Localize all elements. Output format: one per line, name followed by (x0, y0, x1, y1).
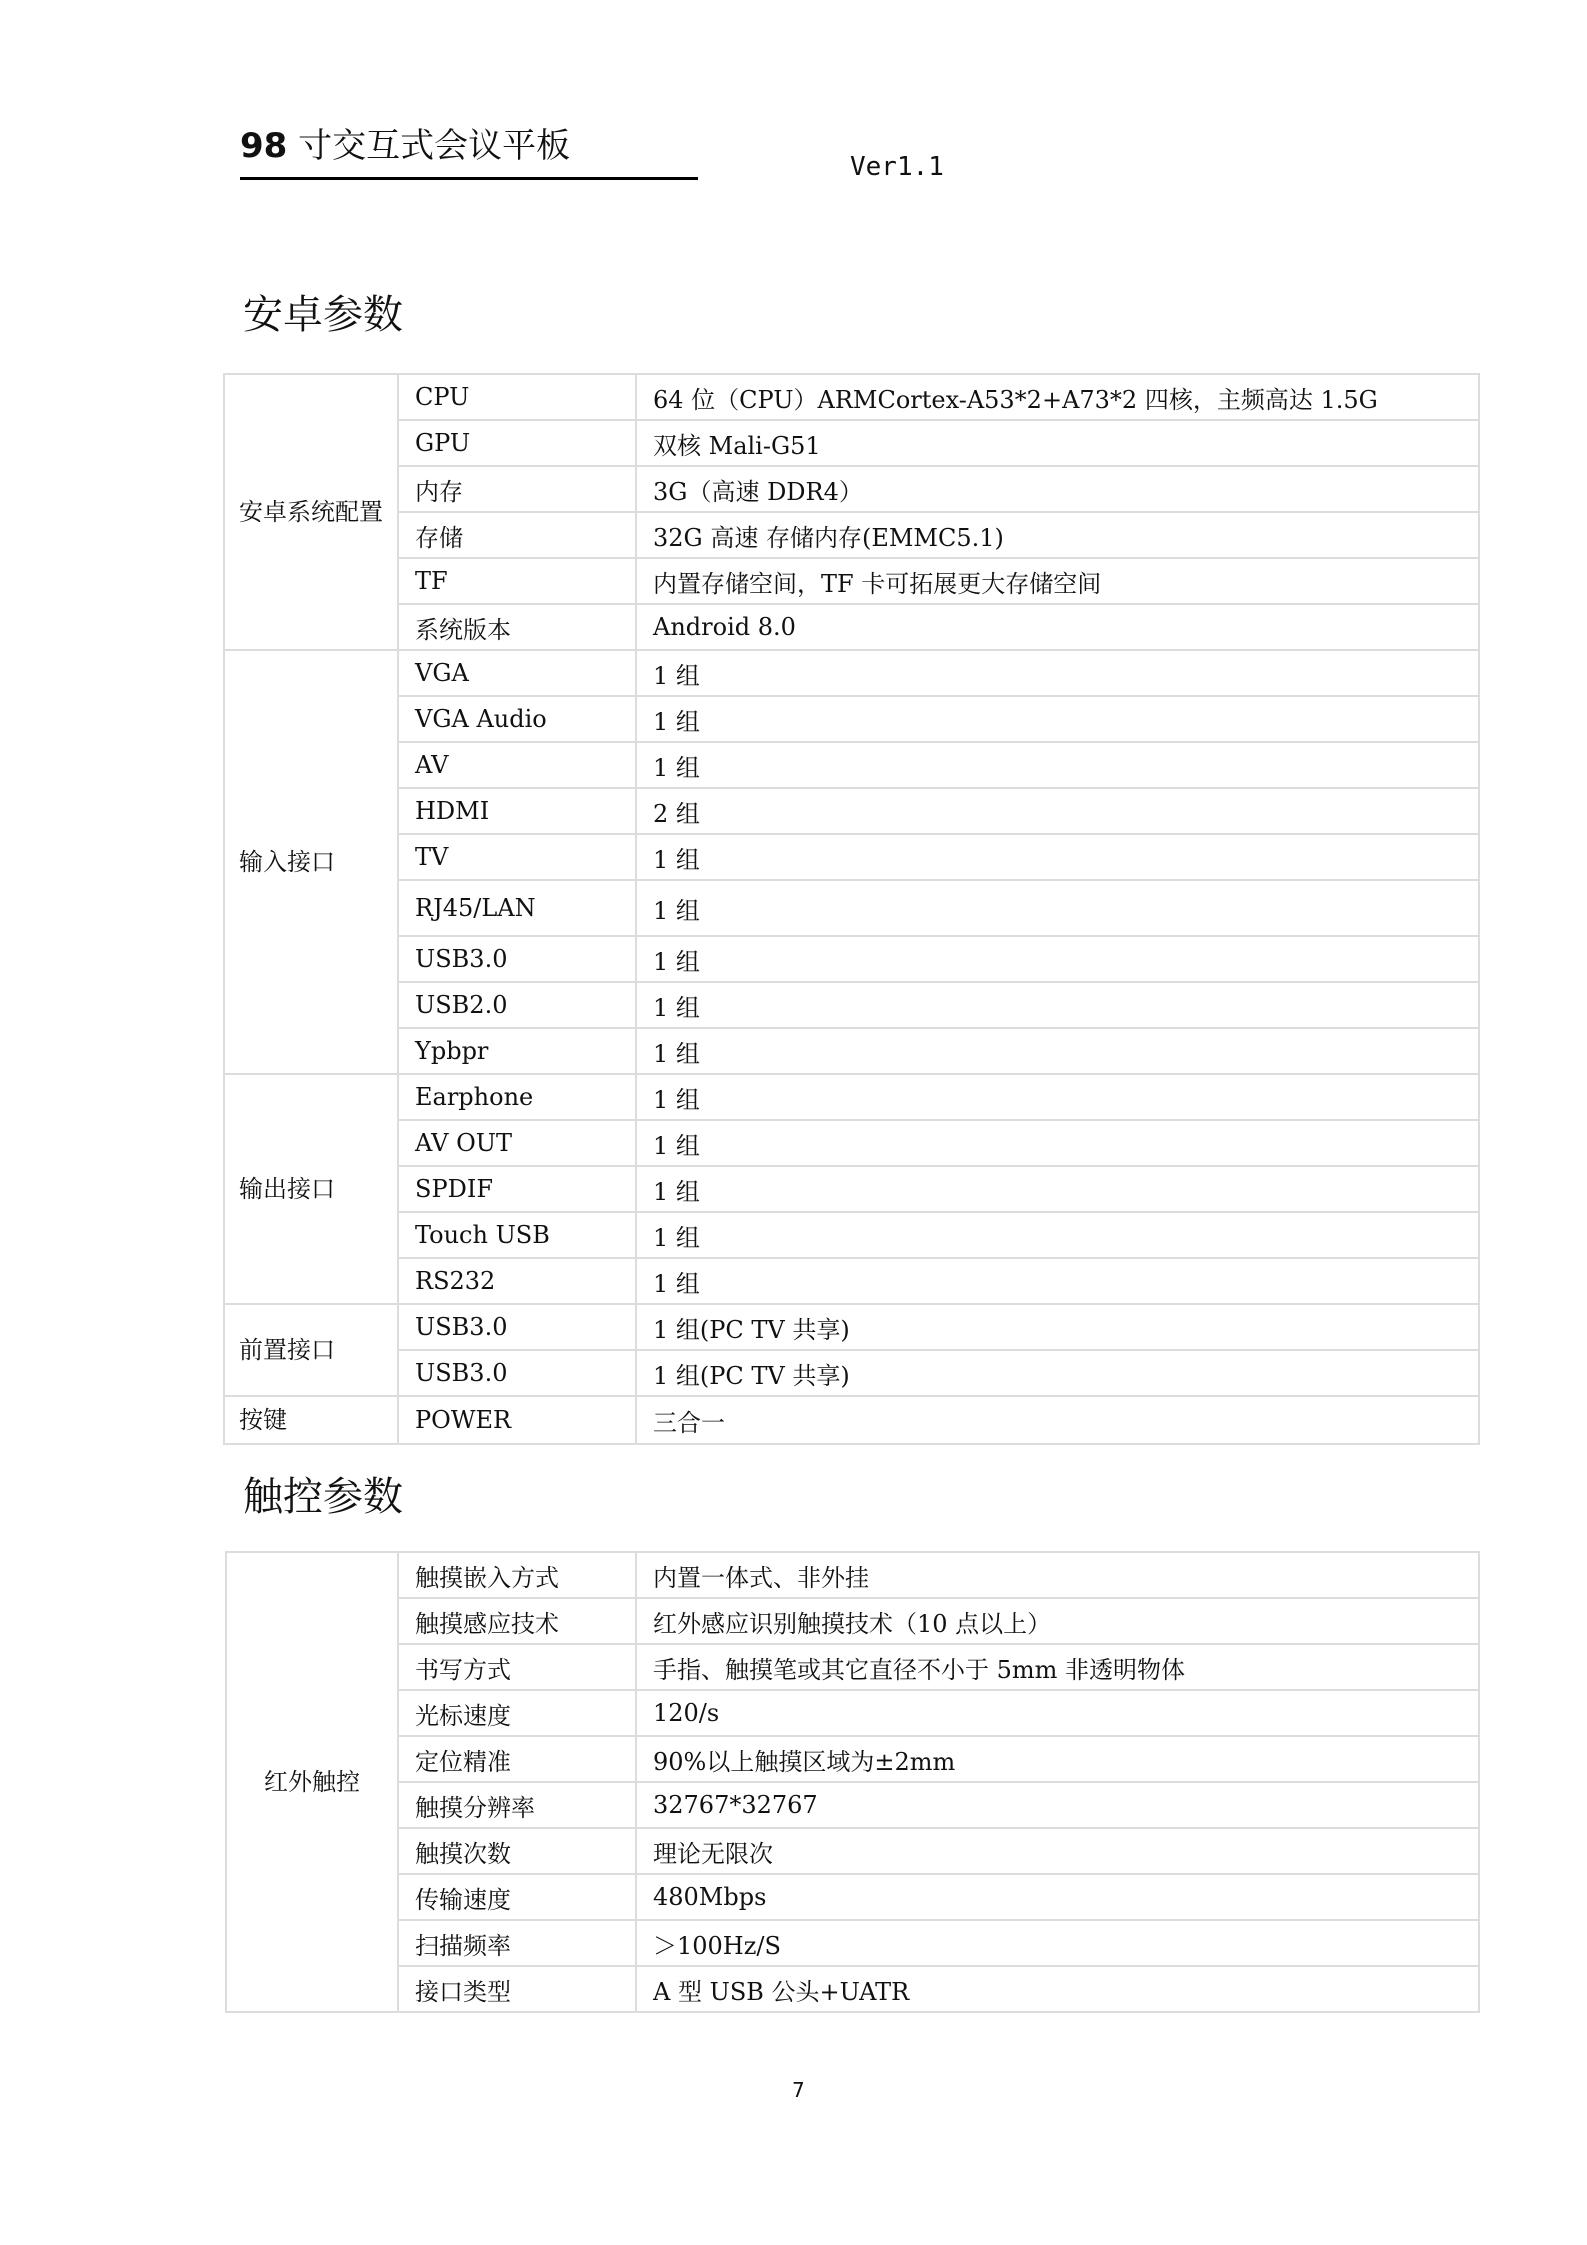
param-value: 32767*32767 (636, 1782, 1479, 1828)
table-row: 安卓系统配置 CPU 64 位（CPU）ARMCortex-A53*2+A73*… (224, 374, 1479, 420)
param-name: AV OUT (398, 1120, 636, 1166)
param-value: ＞100Hz/S (636, 1920, 1479, 1966)
param-name: 光标速度 (398, 1690, 636, 1736)
param-value: 1 组 (636, 936, 1479, 982)
page-number: 7 (792, 2078, 805, 2102)
title-text: 寸交互式会议平板 (287, 126, 570, 166)
param-value: 64 位（CPU）ARMCortex-A53*2+A73*2 四核，主频高达 1… (636, 374, 1479, 420)
group-label: 输入接口 (224, 650, 398, 1074)
param-name: 存储 (398, 512, 636, 558)
param-name: 扫描频率 (398, 1920, 636, 1966)
table-row: GPU 双核 Mali-G51 (224, 420, 1479, 466)
param-name: RJ45/LAN (398, 880, 636, 936)
table-row: 光标速度 120/s (226, 1690, 1479, 1736)
param-value: 红外感应识别触摸技术（10 点以上） (636, 1598, 1479, 1644)
table-row: TV 1 组 (224, 834, 1479, 880)
table-row: 触摸次数 理论无限次 (226, 1828, 1479, 1874)
param-name: TF (398, 558, 636, 604)
group-label: 安卓系统配置 (224, 374, 398, 650)
table-row: 存储 32G 高速 存储内存(EMMC5.1) (224, 512, 1479, 558)
param-value: 三合一 (636, 1396, 1479, 1444)
table-row: 书写方式 手指、触摸笔或其它直径不小于 5mm 非透明物体 (226, 1644, 1479, 1690)
param-value: 1 组 (636, 742, 1479, 788)
param-name: SPDIF (398, 1166, 636, 1212)
param-value: 90%以上触摸区域为±2mm (636, 1736, 1479, 1782)
param-name: CPU (398, 374, 636, 420)
param-name: USB3.0 (398, 1350, 636, 1396)
param-value: 双核 Mali-G51 (636, 420, 1479, 466)
param-name: 触摸嵌入方式 (398, 1552, 636, 1598)
table-row: RJ45/LAN 1 组 (224, 880, 1479, 936)
param-value: 内置存储空间，TF 卡可拓展更大存储空间 (636, 558, 1479, 604)
table-row: USB3.0 1 组 (224, 936, 1479, 982)
param-name: GPU (398, 420, 636, 466)
param-name: 书写方式 (398, 1644, 636, 1690)
param-name: Touch USB (398, 1212, 636, 1258)
table-row: RS232 1 组 (224, 1258, 1479, 1304)
param-value: 1 组 (636, 1120, 1479, 1166)
group-label: 红外触控 (226, 1552, 398, 2012)
param-value: 1 组(PC TV 共享) (636, 1304, 1479, 1350)
param-value: 手指、触摸笔或其它直径不小于 5mm 非透明物体 (636, 1644, 1479, 1690)
param-name: HDMI (398, 788, 636, 834)
table-row: AV 1 组 (224, 742, 1479, 788)
param-value: 1 组 (636, 1074, 1479, 1120)
table-row: 系统版本 Android 8.0 (224, 604, 1479, 650)
param-value: 1 组(PC TV 共享) (636, 1350, 1479, 1396)
param-value: 理论无限次 (636, 1828, 1479, 1874)
table-row: USB3.0 1 组(PC TV 共享) (224, 1350, 1479, 1396)
table-row: 触摸分辨率 32767*32767 (226, 1782, 1479, 1828)
param-name: 系统版本 (398, 604, 636, 650)
param-value: 1 组 (636, 982, 1479, 1028)
param-value: 1 组 (636, 1028, 1479, 1074)
table-row: 输入接口 VGA 1 组 (224, 650, 1479, 696)
param-name: 触摸感应技术 (398, 1598, 636, 1644)
table-row: TF 内置存储空间，TF 卡可拓展更大存储空间 (224, 558, 1479, 604)
param-value: A 型 USB 公头+UATR (636, 1966, 1479, 2012)
table-row: 接口类型 A 型 USB 公头+UATR (226, 1966, 1479, 2012)
param-name: 接口类型 (398, 1966, 636, 2012)
table-row: HDMI 2 组 (224, 788, 1479, 834)
param-name: VGA Audio (398, 696, 636, 742)
table-row: 内存 3G（高速 DDR4） (224, 466, 1479, 512)
table-row: 传输速度 480Mbps (226, 1874, 1479, 1920)
param-name: 触摸次数 (398, 1828, 636, 1874)
document-title: 98 寸交互式会议平板 (240, 118, 570, 167)
touch-spec-table: 红外触控 触摸嵌入方式 内置一体式、非外挂 触摸感应技术 红外感应识别触摸技术（… (225, 1551, 1480, 2013)
android-spec-table: 安卓系统配置 CPU 64 位（CPU）ARMCortex-A53*2+A73*… (223, 373, 1480, 1445)
param-name: POWER (398, 1396, 636, 1444)
param-name: AV (398, 742, 636, 788)
param-value: Android 8.0 (636, 604, 1479, 650)
table-row: 输出接口 Earphone 1 组 (224, 1074, 1479, 1120)
param-value: 1 组 (636, 1258, 1479, 1304)
param-name: 内存 (398, 466, 636, 512)
param-value: 3G（高速 DDR4） (636, 466, 1479, 512)
param-name: RS232 (398, 1258, 636, 1304)
param-value: 120/s (636, 1690, 1479, 1736)
param-name: USB2.0 (398, 982, 636, 1028)
group-label: 按键 (224, 1396, 398, 1444)
header-underline (240, 177, 698, 180)
table-row: USB2.0 1 组 (224, 982, 1479, 1028)
param-name: USB3.0 (398, 1304, 636, 1350)
param-value: 32G 高速 存储内存(EMMC5.1) (636, 512, 1479, 558)
table-row: VGA Audio 1 组 (224, 696, 1479, 742)
param-name: TV (398, 834, 636, 880)
param-value: 480Mbps (636, 1874, 1479, 1920)
table-row: Ypbpr 1 组 (224, 1028, 1479, 1074)
param-value: 1 组 (636, 1212, 1479, 1258)
param-value: 内置一体式、非外挂 (636, 1552, 1479, 1598)
param-name: Earphone (398, 1074, 636, 1120)
table-row: Touch USB 1 组 (224, 1212, 1479, 1258)
table-row: 定位精准 90%以上触摸区域为±2mm (226, 1736, 1479, 1782)
param-value: 1 组 (636, 1166, 1479, 1212)
table-row: 前置接口 USB3.0 1 组(PC TV 共享) (224, 1304, 1479, 1350)
section-title-android: 安卓参数 (243, 283, 403, 340)
table-row: 扫描频率 ＞100Hz/S (226, 1920, 1479, 1966)
title-number: 98 (240, 126, 287, 166)
param-name: VGA (398, 650, 636, 696)
param-name: 触摸分辨率 (398, 1782, 636, 1828)
param-value: 2 组 (636, 788, 1479, 834)
param-name: USB3.0 (398, 936, 636, 982)
param-name: 定位精准 (398, 1736, 636, 1782)
param-name: 传输速度 (398, 1874, 636, 1920)
param-value: 1 组 (636, 880, 1479, 936)
version-label: Ver1.1 (850, 152, 944, 182)
param-name: Ypbpr (398, 1028, 636, 1074)
table-row: SPDIF 1 组 (224, 1166, 1479, 1212)
group-label: 前置接口 (224, 1304, 398, 1396)
group-label: 输出接口 (224, 1074, 398, 1304)
table-row: 触摸感应技术 红外感应识别触摸技术（10 点以上） (226, 1598, 1479, 1644)
param-value: 1 组 (636, 696, 1479, 742)
table-row: 按键 POWER 三合一 (224, 1396, 1479, 1444)
table-row: 红外触控 触摸嵌入方式 内置一体式、非外挂 (226, 1552, 1479, 1598)
param-value: 1 组 (636, 834, 1479, 880)
section-title-touch: 触控参数 (243, 1465, 403, 1522)
param-value: 1 组 (636, 650, 1479, 696)
table-row: AV OUT 1 组 (224, 1120, 1479, 1166)
